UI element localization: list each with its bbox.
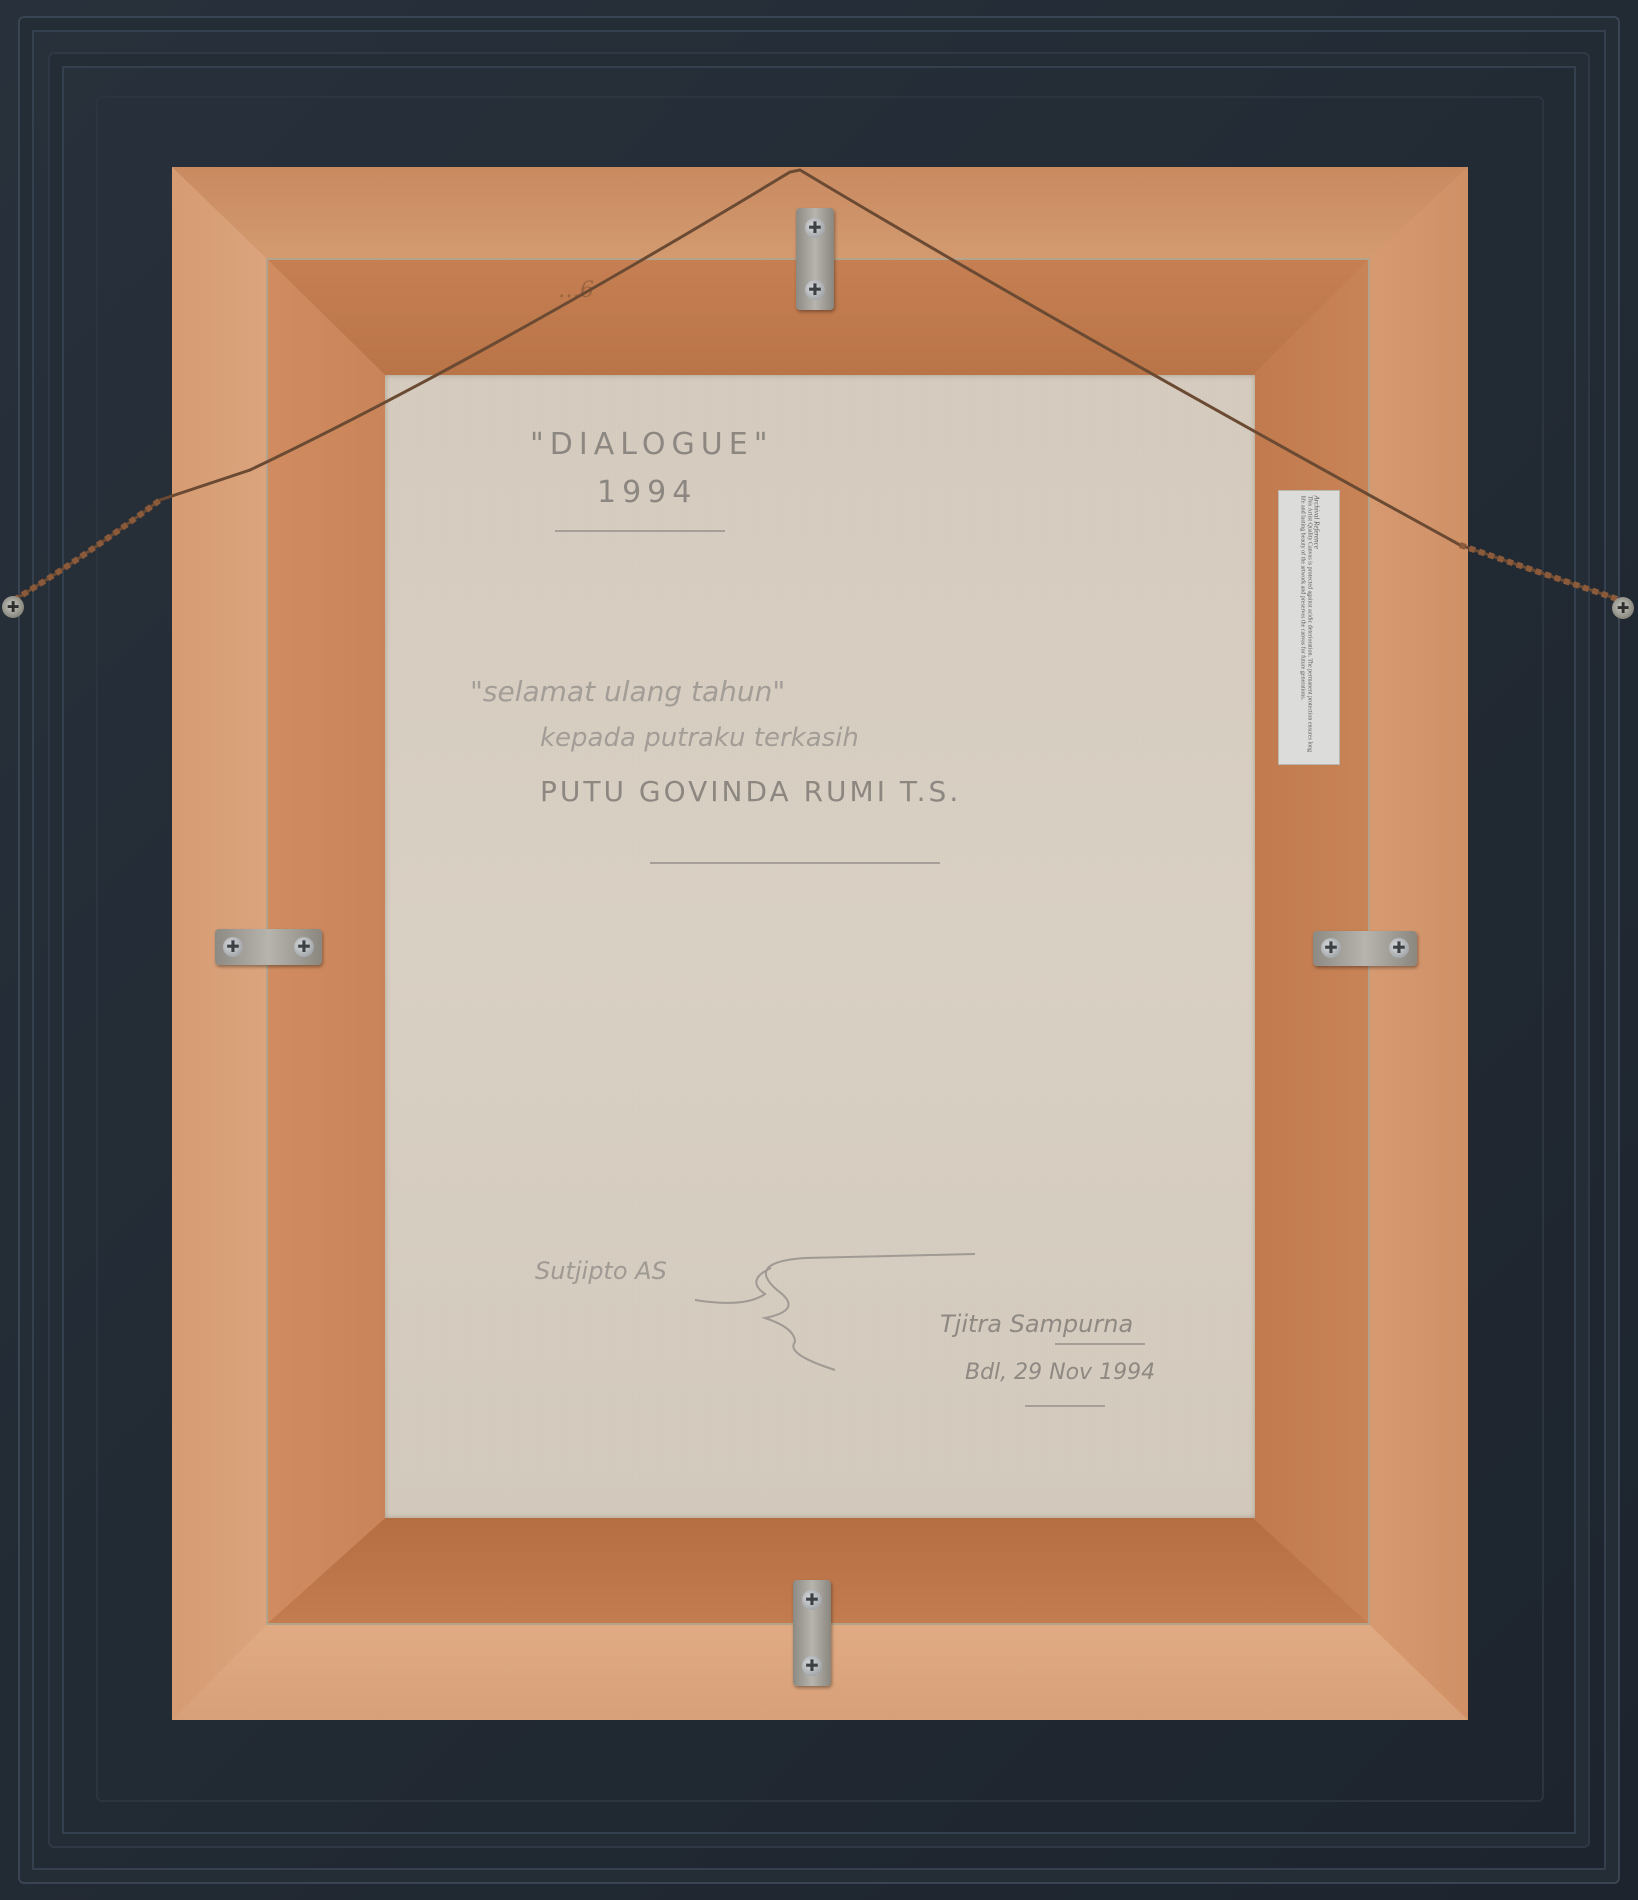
dedication-line-2: kepada putraku terkasih bbox=[540, 723, 859, 753]
screw-icon: ✚ bbox=[1321, 938, 1341, 958]
signature-right: Tjitra Sampurna bbox=[940, 1310, 1133, 1338]
left-wire-hook-screw-icon: ✚ bbox=[2, 596, 24, 618]
dedication-line-1: "selamat ulang tahun" bbox=[470, 675, 785, 708]
screw-icon: ✚ bbox=[805, 218, 825, 238]
signature-left: Sutjipto AS bbox=[535, 1257, 667, 1285]
place-date-inscription: Bdl, 29 Nov 1994 bbox=[965, 1360, 1155, 1385]
stretcher-mark: …6 bbox=[558, 278, 594, 303]
archival-label: Archival Reference This Artist Quality C… bbox=[1278, 490, 1340, 765]
recipient-inscription: PUTU GOVINDA RUMI T.S. bbox=[540, 775, 961, 808]
screw-icon: ✚ bbox=[294, 937, 314, 957]
date-underline bbox=[1025, 1405, 1105, 1407]
bottom-bracket: ✚ ✚ bbox=[793, 1580, 831, 1686]
year-inscription: 1994 bbox=[597, 475, 697, 510]
screw-icon: ✚ bbox=[805, 280, 825, 300]
title-inscription: "DIALOGUE" bbox=[530, 427, 774, 462]
title-underline bbox=[555, 530, 725, 532]
screw-icon: ✚ bbox=[802, 1590, 822, 1610]
screw-icon: ✚ bbox=[1389, 938, 1409, 958]
top-bracket: ✚ ✚ bbox=[796, 208, 834, 310]
right-wire-hook-screw-icon: ✚ bbox=[1612, 597, 1634, 619]
left-bracket: ✚ ✚ bbox=[215, 929, 322, 965]
recipient-underline bbox=[650, 862, 940, 864]
screw-icon: ✚ bbox=[223, 937, 243, 957]
label-body: This Artist Quality Canvas is protected … bbox=[1300, 495, 1313, 752]
canvas-back: "DIALOGUE" 1994 "selamat ulang tahun" ke… bbox=[385, 375, 1255, 1518]
label-heading: Archival Reference bbox=[1313, 495, 1320, 760]
right-bracket: ✚ ✚ bbox=[1313, 931, 1417, 966]
screw-icon: ✚ bbox=[802, 1656, 822, 1676]
signature-underline bbox=[1055, 1343, 1145, 1345]
